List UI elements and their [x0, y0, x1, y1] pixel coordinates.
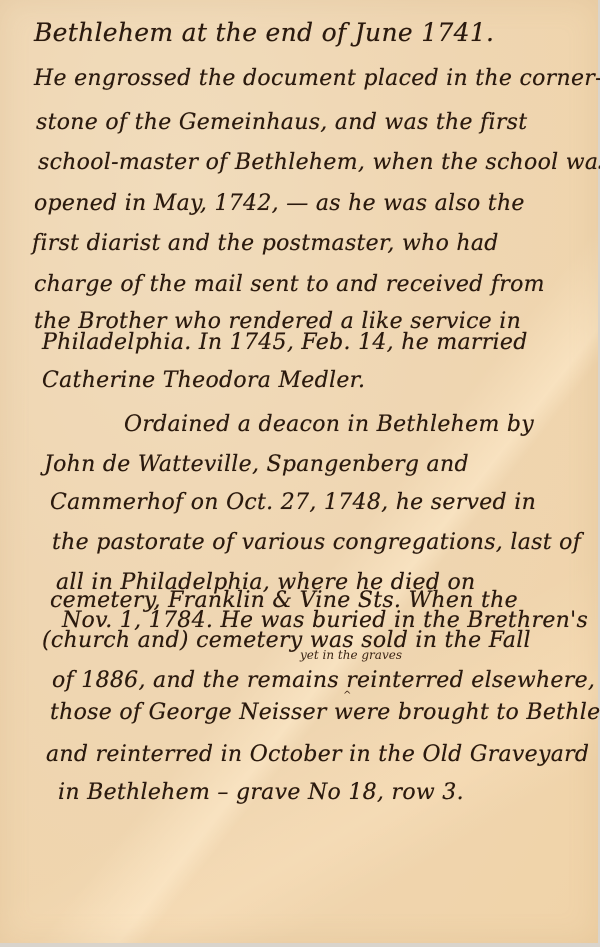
text-line-22: in Bethlehem – grave No 18, row 3. — [58, 780, 464, 805]
text-line-17: cemetery, Franklin & Vine Sts. When the — [50, 588, 518, 613]
text-line-19: of 1886, and the remains reinterred else… — [52, 668, 595, 693]
text-line-4: school-master of Bethlehem, when the sch… — [38, 150, 600, 175]
text-line-20: those of George Neisser were brought to … — [50, 700, 600, 725]
interlineation: yet in the graves — [300, 648, 402, 662]
text-line-6: first diarist and the postmaster, who ha… — [32, 231, 499, 256]
text-line-21: and reinterred in October in the Old Gra… — [46, 742, 589, 767]
manuscript-page: Bethlehem at the end of June 1741. He en… — [0, 0, 598, 943]
text-line-7: charge of the mail sent to and received … — [34, 272, 545, 297]
text-line-2: He engrossed the document placed in the … — [34, 66, 600, 91]
text-line-10: Catherine Theodora Medler. — [42, 368, 365, 393]
text-line-11: Ordained a deacon in Bethlehem by — [124, 412, 534, 437]
text-line-14: the pastorate of various congregations, … — [52, 530, 581, 555]
text-line-1: Bethlehem at the end of June 1741. — [34, 18, 494, 47]
text-line-5: opened in May, 1742, — as he was also th… — [34, 191, 525, 216]
text-line-13: Cammerhof on Oct. 27, 1748, he served in — [50, 490, 536, 515]
text-line-18: (church and) cemetery was sold in the Fa… — [42, 628, 531, 653]
text-line-9: Philadelphia. In 1745, Feb. 14, he marri… — [42, 330, 528, 355]
text-line-3: stone of the Gemeinhaus, and was the fir… — [36, 110, 527, 135]
text-line-12: John de Watteville, Spangenberg and — [44, 452, 469, 477]
